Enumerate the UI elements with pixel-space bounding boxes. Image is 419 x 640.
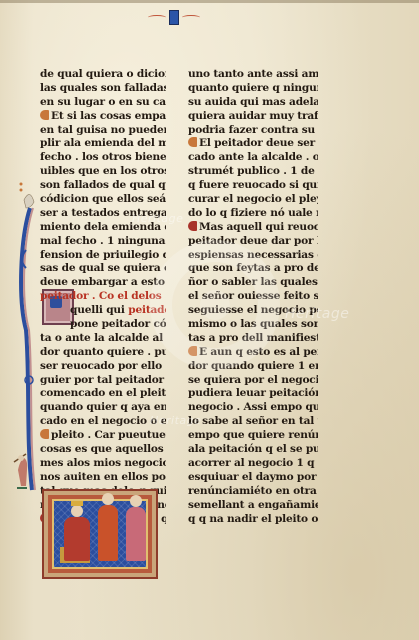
folio-numeral	[169, 10, 179, 25]
text-line: E aun q esto es al peita	[188, 346, 318, 360]
watermark-text: Heritage	[150, 414, 201, 427]
text-line: su auida qui mas adelante	[188, 96, 318, 110]
seated-king-figure-icon	[64, 517, 90, 561]
text-line: mal fecho . 1 ninguna def	[40, 235, 166, 249]
text-line: pone peitador có car	[40, 318, 166, 332]
text-line: códicion que ellos seá puede	[40, 193, 166, 207]
text-line: nos auiten en ellos por	[40, 471, 166, 485]
text-column-right: uno tanto ante assi amigo quanto quiere …	[188, 68, 318, 526]
text-line: son fallados de qual quier	[40, 179, 166, 193]
pilcrow-icon	[188, 221, 197, 231]
text-line: negocio . Assi empo que si	[188, 401, 318, 415]
watermark-text: Heritage	[285, 306, 349, 322]
watermark-text: Heritage	[132, 212, 183, 225]
text-column-left: de qual quiera o dicion sea las quales s…	[40, 68, 166, 526]
text-line: curar el negocio el pleyto . to	[188, 193, 318, 207]
pilcrow-icon	[40, 110, 49, 120]
flourish-left	[148, 15, 166, 20]
text-line: comencado en el pleito . o	[40, 387, 166, 401]
text-line: uibles que en los otros ome	[40, 165, 166, 179]
text-line: dor quanto quiere . puede	[40, 346, 166, 360]
text-line: de qual quiera o dicion sea	[40, 68, 166, 82]
text-line: dor quando quiere 1 en q	[188, 360, 318, 374]
manuscript-page: de qual quiera o dicion sea las quales s…	[0, 0, 419, 640]
folio-mark	[148, 10, 200, 24]
page-top-edge	[0, 0, 419, 3]
text-line: uno tanto ante assi amigo	[188, 68, 318, 82]
text-line: q fuere reuocado si quiere p	[188, 179, 318, 193]
text-line: el señor ouiesse feito si	[188, 290, 318, 304]
text-line: se quiera por el negocio q	[188, 374, 318, 388]
miniature-scene	[52, 499, 148, 569]
miniature-illustration	[42, 489, 158, 579]
text-line: q q na nadir el pleito o el	[188, 513, 318, 527]
text-line: en su lugar o en su casa . I	[40, 96, 166, 110]
text-line: guier por tal peitador sea	[40, 374, 166, 388]
flourish-right	[182, 15, 200, 20]
rubric: peitadores	[128, 304, 166, 316]
text-line: ser reuocado por ello . qua	[40, 360, 166, 374]
text-line: esquiuar el daymo por ell	[188, 471, 318, 485]
text-line: quelli qui peitadores	[40, 304, 166, 318]
text-line: espiensas necessarias o las	[188, 249, 318, 263]
text-line: Et si las cosas empadas	[40, 110, 166, 124]
rubric-line: peitador . Co el delos	[40, 290, 166, 304]
text-line: ala peitación q el se pueda	[188, 443, 318, 457]
pilcrow-icon	[40, 429, 49, 439]
text-line: semellant a engañamiento	[188, 499, 318, 513]
text-line: quanto quiere q ninguna bar	[188, 82, 318, 96]
text-line: pleito . Car pueutuera	[40, 429, 166, 443]
text-line: acorrer al negocio 1 q pueda	[188, 457, 318, 471]
text-line: mes alos mios negocios que	[40, 457, 166, 471]
text-line: peitador deue dar por las	[188, 235, 318, 249]
text-line: podria fazer contra su fama .	[188, 124, 318, 138]
text-line: empo que quiere renúnar	[188, 429, 318, 443]
pilcrow-icon	[188, 346, 197, 356]
pilcrow-icon	[188, 137, 197, 147]
text-line: strumét publico . 1 de pues	[188, 165, 318, 179]
text-line: que son feytas a pro del se	[188, 262, 318, 276]
text-line: cado en el negocio o en el	[40, 415, 166, 429]
text-line: en tal guisa no pueden có	[40, 124, 166, 138]
marginal-border-vine-icon	[12, 180, 42, 500]
text-line: quiera auidar muy trafectz	[188, 110, 318, 124]
text-line: las quales son falladas	[40, 82, 166, 96]
text-line: sas de qual se quiera ome nó	[40, 262, 166, 276]
text-line: ñor o sabler las quales	[188, 276, 318, 290]
text-line: cosas es que aquellos q elam	[40, 443, 166, 457]
text-line: quando quier q aya enan	[40, 401, 166, 415]
text-line: Mas aquell qui reuoca el	[188, 221, 318, 235]
text-line: El peitador deue ser reuo	[188, 137, 318, 151]
text-line: plir ala emienda del mal	[40, 137, 166, 151]
text-line: cado ante la alcalde . o por un	[188, 151, 318, 165]
text-line: do lo q fiziere nó uale ren .	[188, 207, 318, 221]
text-line: lo sabe al señor en tal ti	[188, 415, 318, 429]
standing-figure-icon	[126, 507, 146, 561]
text-line: pudiera leuar peitación 1 el	[188, 387, 318, 401]
text-line: ta o ante la alcalde al peita	[40, 332, 166, 346]
text-line: renúnciamiéto en otra guisa	[188, 485, 318, 499]
text-line: fecho . los otros bienes mo	[40, 151, 166, 165]
text-line: fension de priuilegio de ca	[40, 249, 166, 263]
standing-figure-scroll-icon	[98, 505, 118, 561]
text-line: tas a pro dell manifiestamiét .	[188, 332, 318, 346]
text-line: deue embargar a esto . xx	[40, 276, 166, 290]
